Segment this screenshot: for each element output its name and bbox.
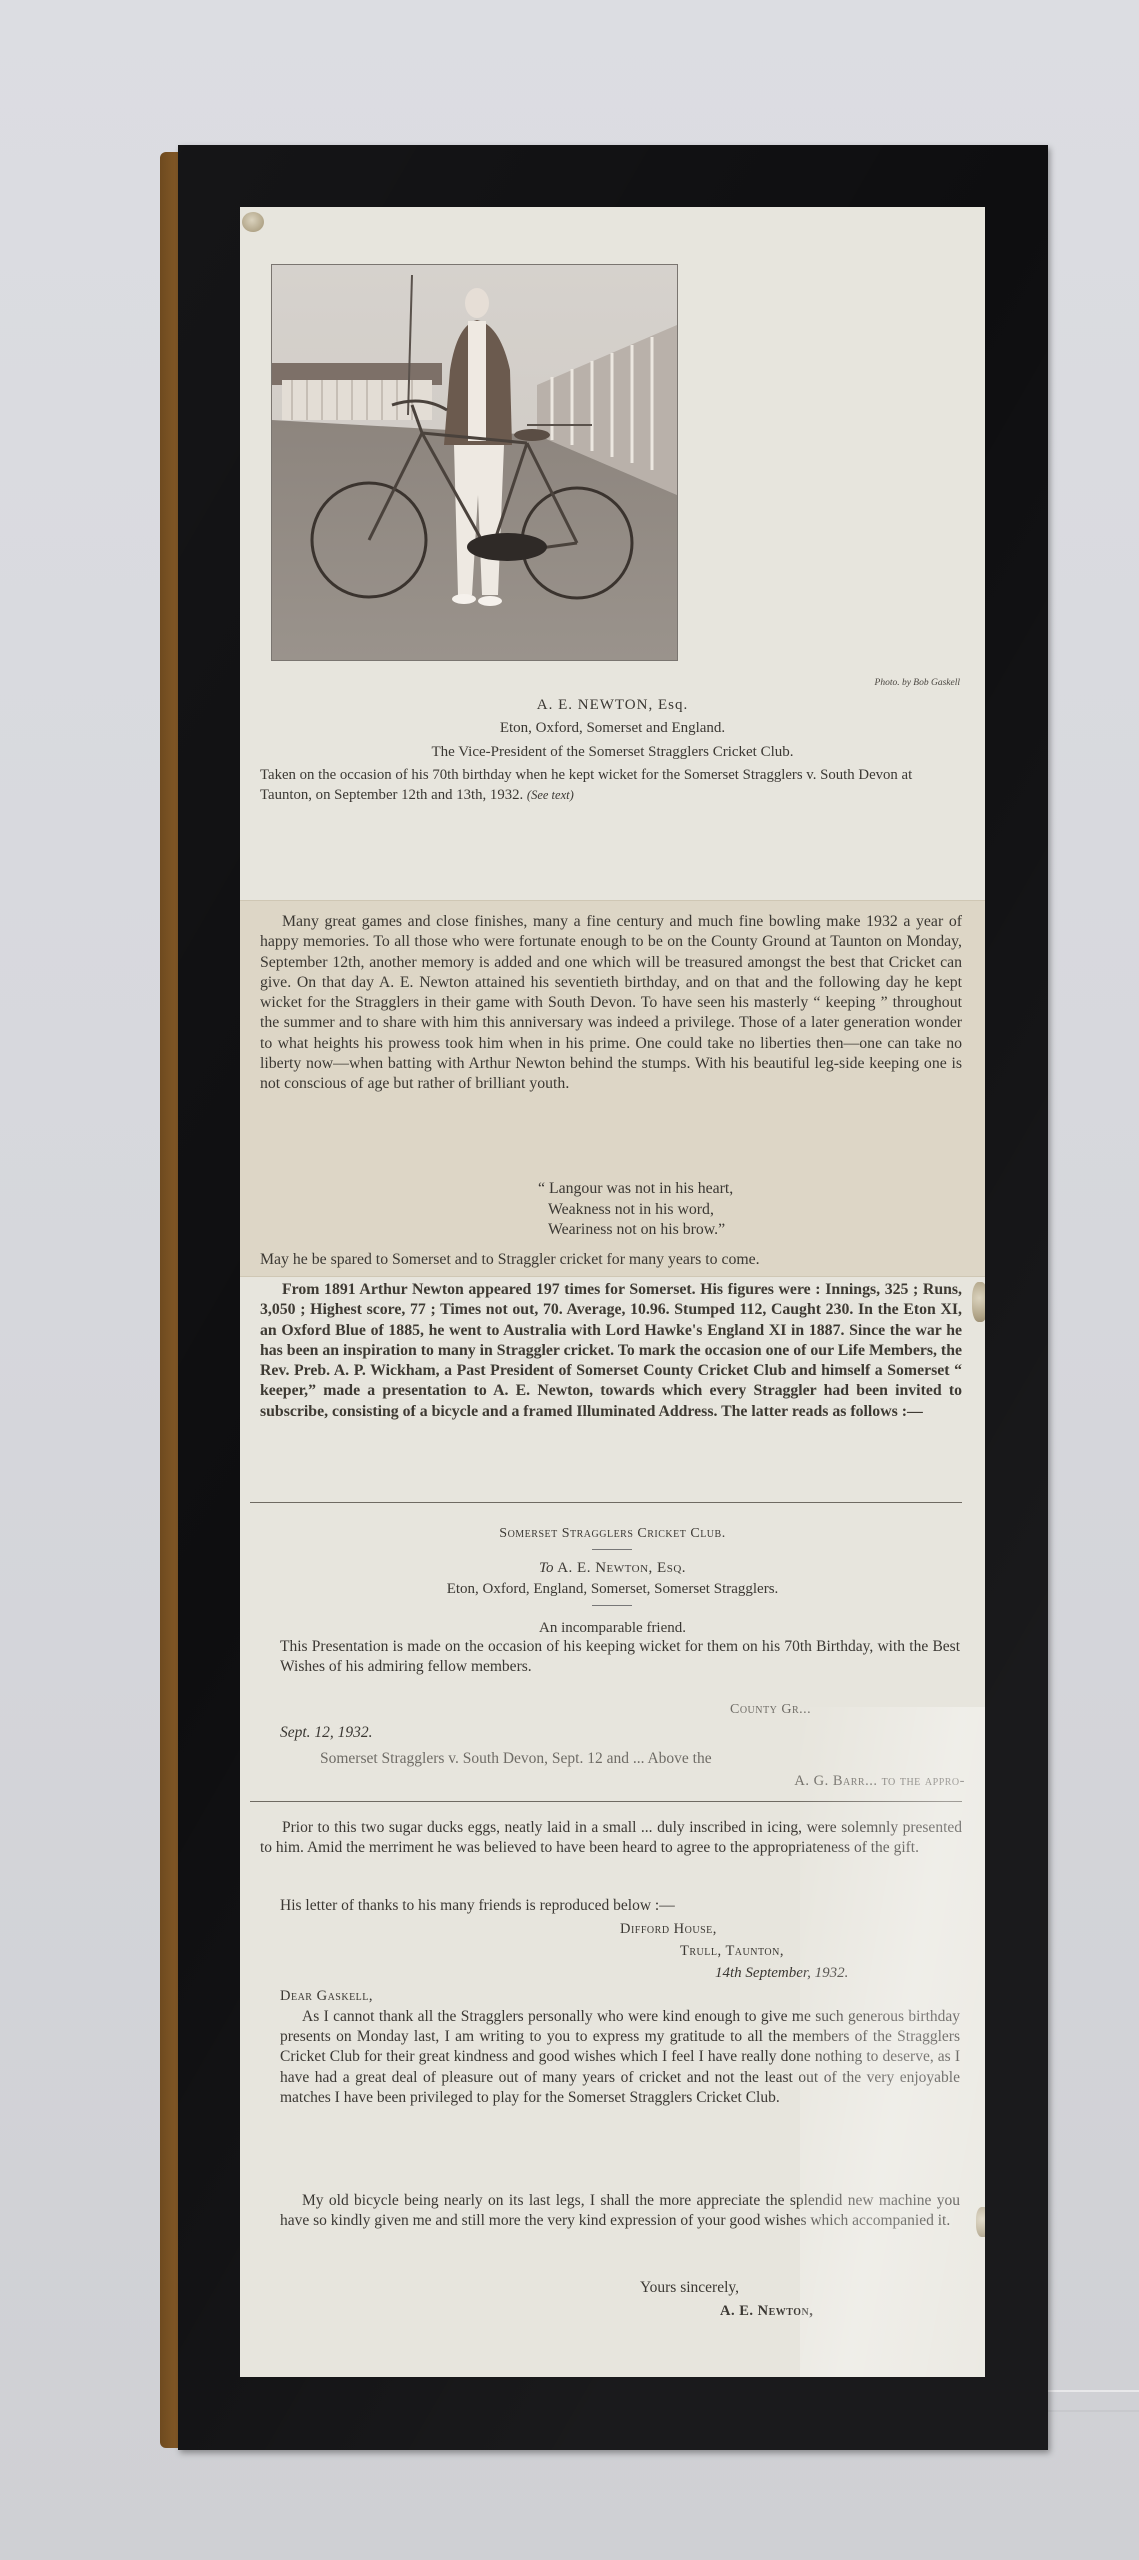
- article-paragraph-3: From 1891 Arthur Newton appeared 197 tim…: [260, 1280, 962, 1422]
- caption-description: Taken on the occasion of his 70th birthd…: [260, 767, 912, 803]
- letter-address-1: Difford House,: [620, 1920, 920, 1938]
- letter-paragraph-2: My old bicycle being nearly on its last …: [280, 2191, 960, 2231]
- letter-address-2: Trull, Taunton,: [680, 1942, 960, 1960]
- section-divider-2: [250, 1801, 962, 1802]
- letter-paragraph-1: As I cannot thank all the Stragglers per…: [280, 2007, 960, 2108]
- ducks-eggs-paragraph: Prior to this two sugar ducks eggs, neat…: [260, 1818, 962, 1858]
- verse-line-2: Weakness not in his word,: [538, 1200, 838, 1221]
- framed-document: Photo. by Bob Gaskell A. E. NEWTON, Esq.…: [240, 207, 985, 2377]
- letter-date: 14th September, 1932.: [715, 1964, 965, 1982]
- article-paragraph-2: May he be spared to Somerset and to Stra…: [260, 1250, 960, 1271]
- tack-top-left: [242, 212, 264, 232]
- address-match-line: Somerset Stragglers v. South Devon, Sept…: [320, 1750, 965, 1768]
- address-club-name: Somerset Stragglers Cricket Club.: [240, 1525, 985, 1543]
- see-text-note: (See text): [527, 788, 574, 802]
- address-rule-1: [592, 1549, 632, 1550]
- letter-salutation: Dear Gaskell,: [280, 1987, 480, 2005]
- letter-closing: Yours sincerely,: [640, 2279, 840, 2297]
- man-with-bicycle-photo: [271, 264, 678, 661]
- photo-credit: Photo. by Bob Gaskell: [800, 674, 960, 692]
- section-divider-1: [250, 1502, 962, 1503]
- address-to-line: To A. E. Newton, Esq.: [240, 1559, 985, 1577]
- verse-line-3: Weariness not on his brow.”: [538, 1220, 838, 1241]
- address-date: Sept. 12, 1932.: [280, 1724, 480, 1742]
- tack-right-bottom: [976, 2207, 985, 2237]
- caption-line2: The Vice-President of the Somerset Strag…: [240, 743, 985, 761]
- wall-trim-shadow: [1040, 2410, 1139, 2412]
- address-tagline: An incomparable friend.: [240, 1619, 985, 1637]
- caption-name: A. E. NEWTON, Esq.: [240, 696, 985, 714]
- tack-right-middle: [972, 1282, 985, 1322]
- caption-line3: Taken on the occasion of his 70th birthd…: [260, 765, 960, 805]
- address-body: This Presentation is made on the occasio…: [280, 1637, 960, 1677]
- address-recipient: A. E. Newton, Esq.: [557, 1560, 686, 1576]
- address-to: To: [539, 1560, 553, 1576]
- address-rule-2: [592, 1605, 632, 1606]
- verse: “ Langour was not in his heart, Weakness…: [538, 1179, 838, 1241]
- letter-signature: A. E. Newton,: [720, 2302, 960, 2320]
- address-place: County Gr...: [730, 1701, 960, 1719]
- address-honours: Eton, Oxford, England, Somerset, Somerse…: [240, 1580, 985, 1598]
- photo-illustration: [272, 265, 677, 660]
- address-signed: A. G. Barr... to the appro-: [650, 1772, 965, 1790]
- caption-line1: Eton, Oxford, Somerset and England.: [240, 719, 985, 737]
- letter-intro: His letter of thanks to his many friends…: [280, 1897, 960, 1915]
- article-paragraph-1: Many great games and close finishes, man…: [260, 912, 962, 1095]
- verse-line-1: “ Langour was not in his heart,: [538, 1179, 838, 1200]
